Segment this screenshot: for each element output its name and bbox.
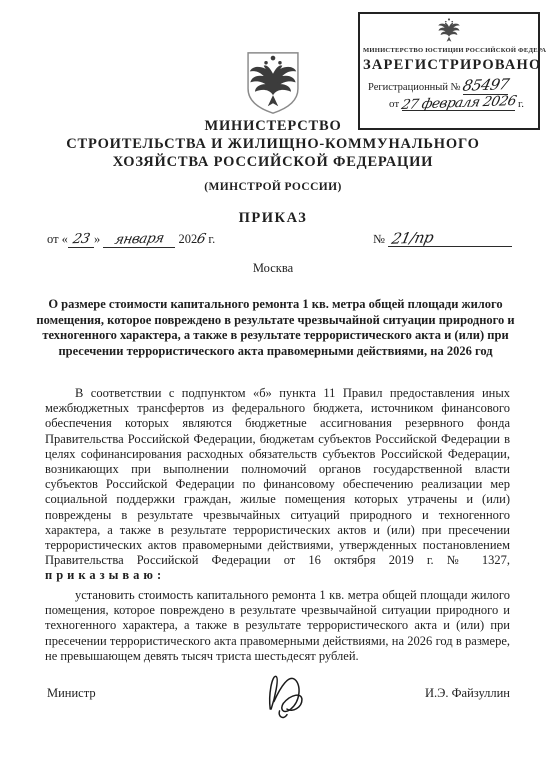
place-line: Москва — [0, 261, 546, 276]
stamp-reg-date-line: от 27 февраля 2026 г. — [363, 97, 535, 112]
date-year-printed: 202 — [178, 232, 197, 246]
paragraph-1-text: В соответствии с подпунктом «б» пункта 1… — [45, 386, 510, 567]
stamp-ministry-line: МИНИСТЕРСТВО ЮСТИЦИИ РОССИЙСКОЙ ФЕДЕРАЦИ… — [363, 47, 535, 54]
date-month-value: января — [113, 232, 165, 247]
signer-name: И.Э. Файзуллин — [425, 686, 510, 701]
ministry-name-line-3: ХОЗЯЙСТВА РОССИЙСКОЙ ФЕДЕРАЦИИ — [0, 153, 546, 171]
signature-scribble-icon — [258, 668, 316, 724]
date-close-quote: » — [94, 232, 100, 246]
minister-signature — [258, 668, 316, 724]
signer-title: Министр — [47, 686, 96, 701]
body-paragraph-1: В соответствии с подпунктом «б» пункта 1… — [45, 386, 510, 584]
stamp-eagle-icon — [432, 16, 466, 46]
stamp-reg-date-suffix: г. — [518, 98, 524, 110]
stamp-reg-number-underline: 85497 — [463, 78, 508, 95]
stamp-reg-date-value: 27 февраля 2026 — [400, 95, 517, 112]
order-word: приказываю: — [45, 568, 165, 582]
order-subject: О размере стоимости капитального ремонта… — [33, 297, 518, 359]
stamp-registered-label: ЗАРЕГИСТРИРОВАНО — [363, 57, 535, 74]
date-year-suffix: г. — [208, 232, 215, 246]
stamp-reg-number-label: Регистрационный № — [368, 82, 461, 93]
number-value: 21/пр — [390, 230, 434, 246]
number-label: № — [373, 232, 385, 246]
date-prefix: от « — [47, 232, 68, 246]
issue-date: от «23» января 2026 г. — [47, 231, 215, 248]
stamp-reg-number-value: 85497 — [461, 77, 510, 94]
ministry-name-line-1: МИНИСТЕРСТВО — [0, 117, 546, 135]
document-number: № 21/пр — [373, 231, 512, 247]
document-type-title: ПРИКАЗ — [0, 210, 546, 227]
stamp-reg-date-underline: 27 февраля 2026 — [402, 97, 515, 112]
ministry-short-name: (МИНСТРОЙ РОССИИ) — [0, 181, 546, 193]
date-year-digit: 6 — [195, 231, 207, 247]
coat-of-arms-icon — [244, 50, 302, 116]
ministry-name-line-2: СТРОИТЕЛЬСТВА И ЖИЛИЩНО-КОММУНАЛЬНОГО — [0, 135, 546, 153]
document-page: МИНИСТЕРСТВО ЮСТИЦИИ РОССИЙСКОЙ ФЕДЕРАЦИ… — [0, 0, 546, 776]
stamp-reg-number-line: Регистрационный № 85497 — [363, 78, 535, 95]
registration-stamp: МИНИСТЕРСТВО ЮСТИЦИИ РОССИЙСКОЙ ФЕДЕРАЦИ… — [358, 12, 540, 130]
ministry-header: МИНИСТЕРСТВО СТРОИТЕЛЬСТВА И ЖИЛИЩНО-КОМ… — [0, 117, 546, 227]
date-day-value: 23 — [71, 233, 90, 247]
stamp-reg-date-prefix: от — [389, 98, 399, 110]
date-day-underline: 23 — [68, 233, 94, 248]
body-paragraph-2: установить стоимость капитального ремонт… — [45, 588, 510, 664]
number-underline: 21/пр — [388, 231, 512, 247]
date-month-underline: января — [103, 233, 175, 248]
date-number-line: от «23» января 2026 г. № 21/пр — [47, 231, 512, 248]
